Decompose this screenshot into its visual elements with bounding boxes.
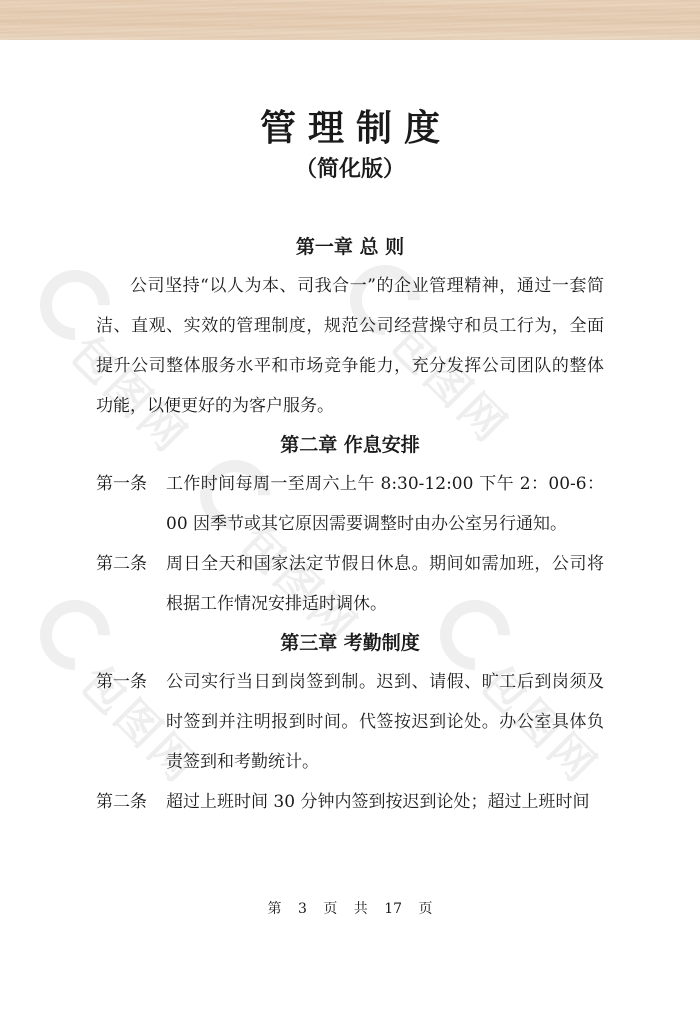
footer-total-prefix: 共	[354, 901, 368, 917]
article-label: 第一条	[96, 662, 166, 782]
chapter-1: 第一章 总 则 公司坚持“以人为本、司我合一”的企业管理精神，通过一套简洁、直观…	[96, 228, 604, 426]
wood-texture-banner	[0, 0, 700, 40]
article-text: 公司实行当日到岗签到制。迟到、请假、旷工后到岗须及时签到并注明报到时间。代签按迟…	[166, 662, 604, 782]
chapter-heading: 第三章 考勤制度	[96, 624, 604, 662]
chapter-paragraph: 公司坚持“以人为本、司我合一”的企业管理精神，通过一套简洁、直观、实效的管理制度…	[96, 266, 604, 426]
article: 第一条 公司实行当日到岗签到制。迟到、请假、旷工后到岗须及时签到并注明报到时间。…	[96, 662, 604, 782]
current-page-number: 3	[298, 901, 307, 917]
chapter-2: 第二章 作息安排 第一条 工作时间每周一至周六上午 8:30-12:00 下午 …	[96, 426, 604, 624]
article-text: 超过上班时间 30 分钟内签到按迟到论处；超过上班时间	[166, 782, 604, 822]
document-subtitle: （简化版）	[0, 152, 700, 183]
footer-page-word-2: 页	[419, 901, 433, 917]
article: 第二条 周日全天和国家法定节假日休息。期间如需加班，公司将根据工作情况安排适时调…	[96, 544, 604, 624]
article-text: 工作时间每周一至周六上午 8:30-12:00 下午 2：00-6：00 因季节…	[166, 464, 604, 544]
document-title: 管理制度	[0, 100, 700, 151]
total-pages-number: 17	[384, 901, 402, 917]
page-footer: 第 3 页 共 17 页	[0, 898, 700, 918]
chapter-heading: 第二章 作息安排	[96, 426, 604, 464]
article-label: 第二条	[96, 782, 166, 822]
chapter-heading: 第一章 总 则	[96, 228, 604, 266]
article: 第二条 超过上班时间 30 分钟内签到按迟到论处；超过上班时间	[96, 782, 604, 822]
article-label: 第一条	[96, 464, 166, 544]
chapter-3: 第三章 考勤制度 第一条 公司实行当日到岗签到制。迟到、请假、旷工后到岗须及时签…	[96, 624, 604, 822]
article-text: 周日全天和国家法定节假日休息。期间如需加班，公司将根据工作情况安排适时调休。	[166, 544, 604, 624]
article: 第一条 工作时间每周一至周六上午 8:30-12:00 下午 2：00-6：00…	[96, 464, 604, 544]
document-body: 第一章 总 则 公司坚持“以人为本、司我合一”的企业管理精神，通过一套简洁、直观…	[96, 228, 604, 822]
footer-page-word: 页	[323, 901, 337, 917]
footer-prefix: 第	[267, 901, 281, 917]
article-label: 第二条	[96, 544, 166, 624]
